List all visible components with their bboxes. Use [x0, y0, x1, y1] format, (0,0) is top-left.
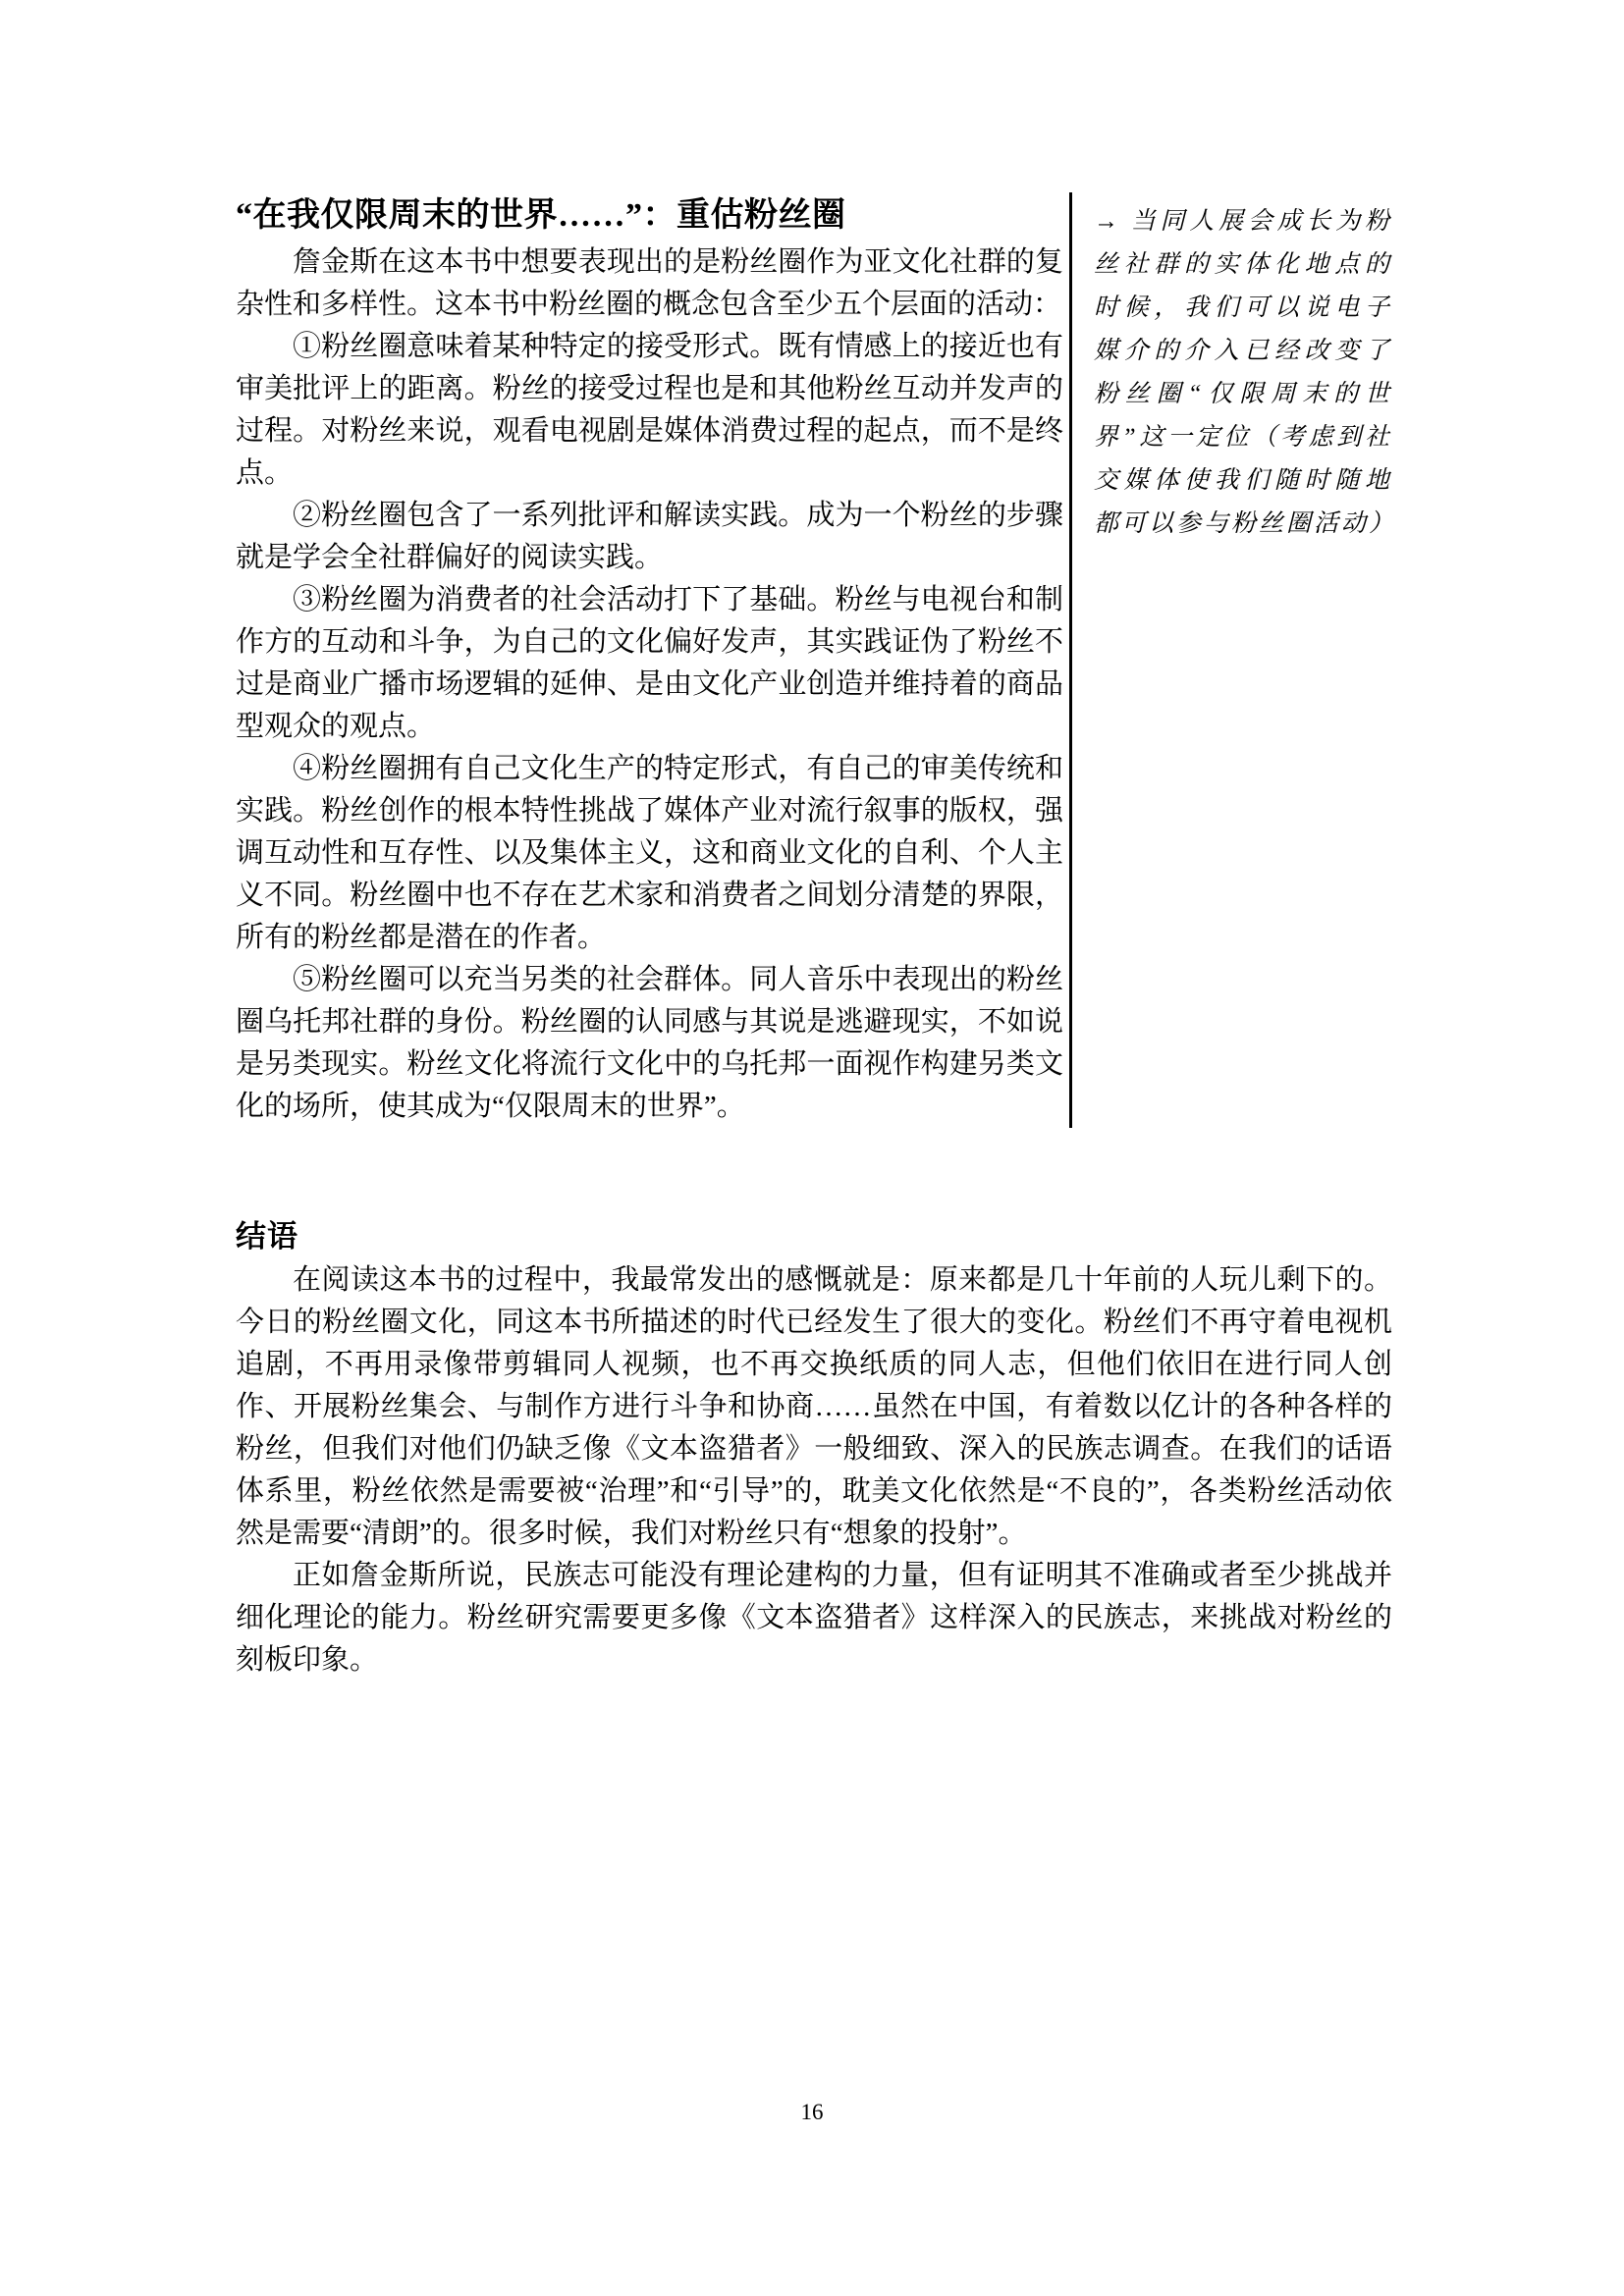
page-number: 16	[0, 2099, 1624, 2126]
conclusion-paragraph-1: 在阅读这本书的过程中，我最常发出的感慨就是：原来都是几十年前的人玩儿剩下的。今日…	[236, 1259, 1392, 1555]
document-page: “在我仅限周末的世界……”：重估粉丝圈 詹金斯在这本书中想要表现出的是粉丝圈作为…	[0, 0, 1624, 2296]
intro-paragraph: 詹金斯在这本书中想要表现出的是粉丝圈作为亚文化社群的复杂性和多样性。这本书中粉丝…	[236, 241, 1063, 326]
conclusion-section: 结语 在阅读这本书的过程中，我最常发出的感慨就是：原来都是几十年前的人玩儿剩下的…	[236, 1214, 1392, 1682]
main-text-column: “在我仅限周末的世界……”：重估粉丝圈 詹金斯在这本书中想要表现出的是粉丝圈作为…	[236, 192, 1072, 1128]
list-paragraph-4: ④粉丝圈拥有自己文化生产的特定形式，有自己的审美传统和实践。粉丝创作的根本特性挑…	[236, 748, 1063, 959]
list-paragraph-1: ①粉丝圈意味着某种特定的接受形式。既有情感上的接近也有审美批评上的距离。粉丝的接…	[236, 326, 1063, 495]
list-paragraph-3: ③粉丝圈为消费者的社会活动打下了基础。粉丝与电视台和制作方的互动和斗争，为自己的…	[236, 579, 1063, 748]
section-title: “在我仅限周末的世界……”：重估粉丝圈	[236, 192, 1063, 240]
margin-note-text: 当同人展会成长为粉丝社群的实体化地点的时候，我们可以说电子媒介的介入已经改变了粉…	[1094, 208, 1396, 537]
arrow-right-icon: →	[1094, 208, 1121, 235]
conclusion-title: 结语	[236, 1214, 1392, 1259]
list-paragraph-5: ⑤粉丝圈可以充当另类的社会群体。同人音乐中表现出的粉丝圈乌托邦社群的身份。粉丝圈…	[236, 959, 1063, 1128]
margin-note: →当同人展会成长为粉丝社群的实体化地点的时候，我们可以说电子媒介的介入已经改变了…	[1094, 200, 1392, 546]
margin-note-column: →当同人展会成长为粉丝社群的实体化地点的时候，我们可以说电子媒介的介入已经改变了…	[1072, 192, 1392, 1128]
list-paragraph-2: ②粉丝圈包含了一系列批评和解读实践。成为一个粉丝的步骤就是学会全社群偏好的阅读实…	[236, 495, 1063, 579]
conclusion-paragraph-2: 正如詹金斯所说，民族志可能没有理论建构的力量，但有证明其不准确或者至少挑战并细化…	[236, 1555, 1392, 1682]
fandom-section: “在我仅限周末的世界……”：重估粉丝圈 詹金斯在这本书中想要表现出的是粉丝圈作为…	[236, 192, 1392, 1128]
